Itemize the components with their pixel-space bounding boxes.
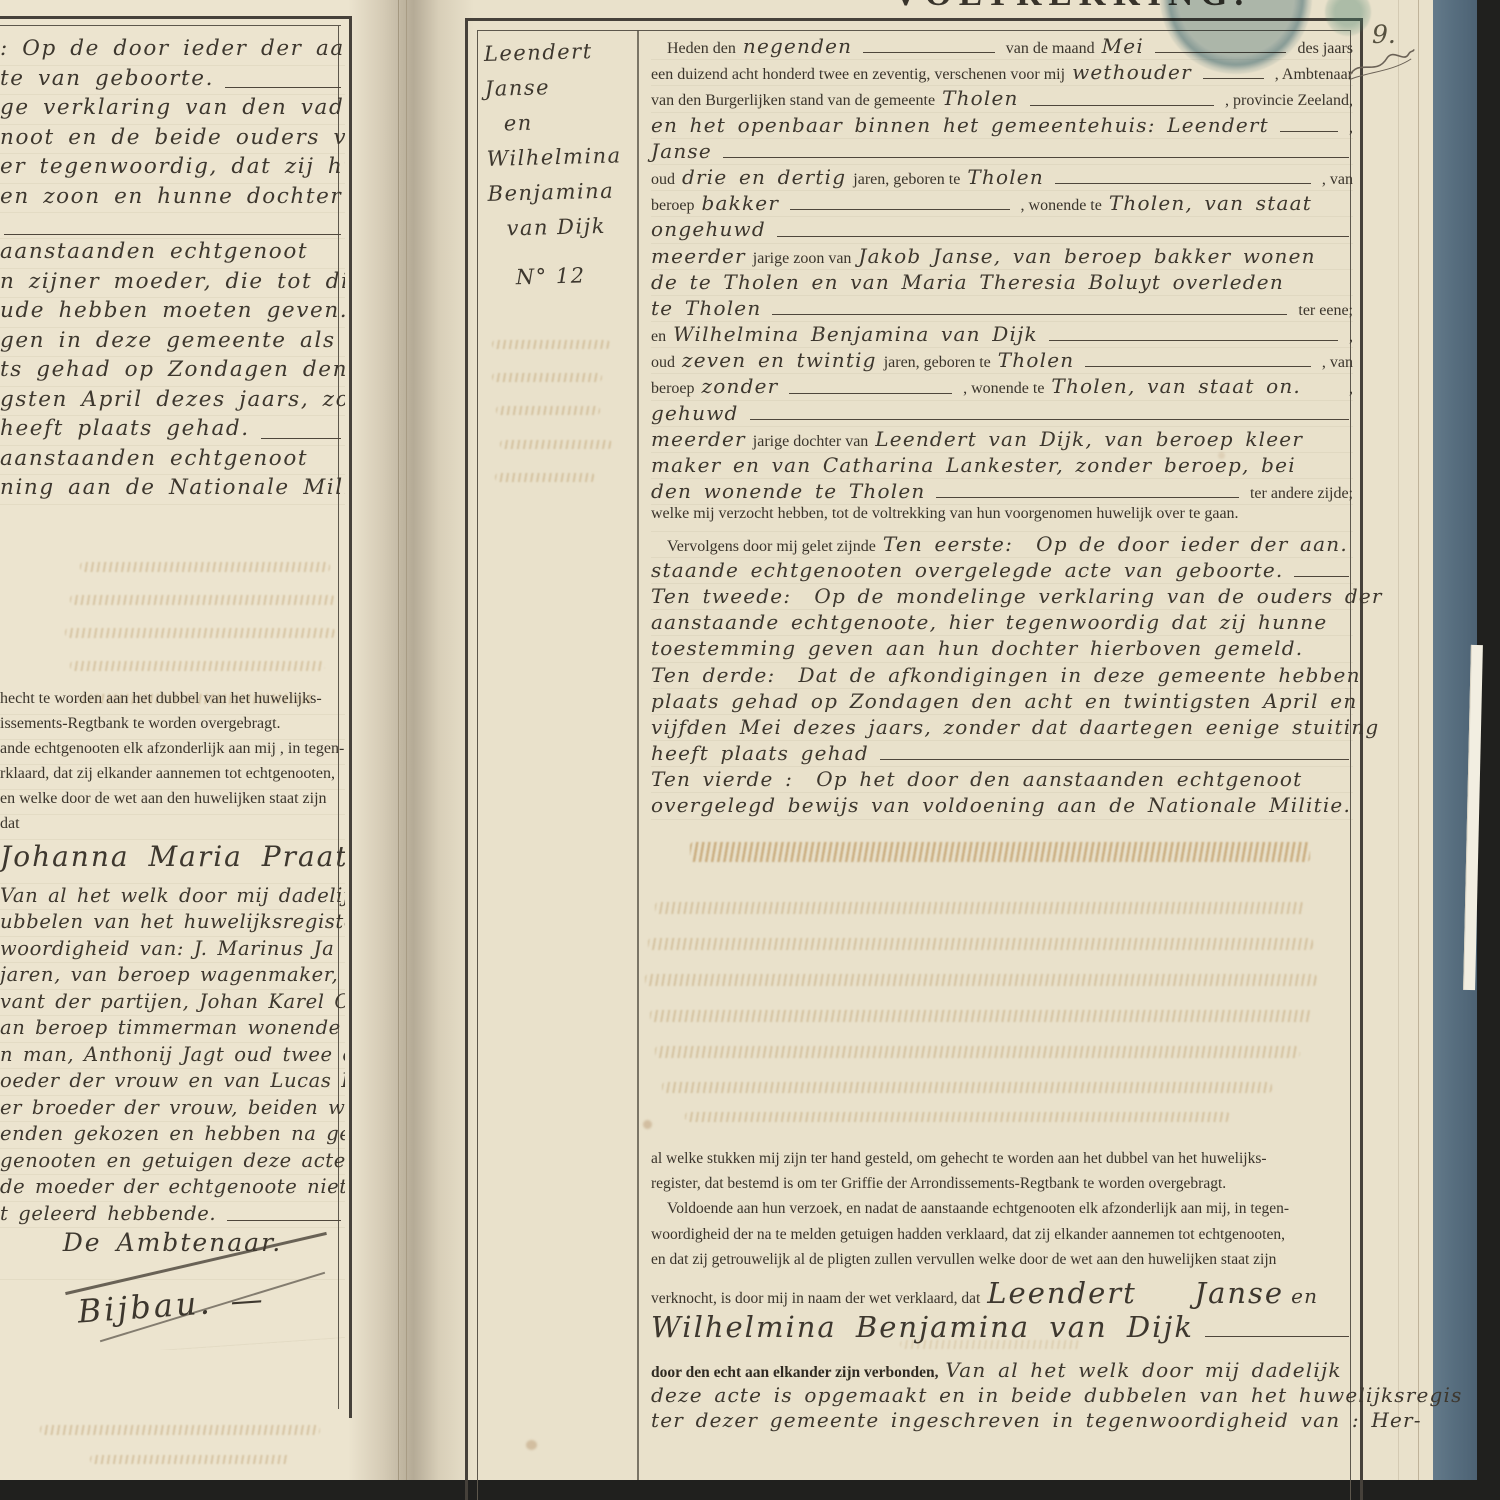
text-segment: jarige dochter van	[753, 433, 869, 451]
bleedthrough-line	[655, 902, 1305, 914]
text-segment: enden gekozen en hebben na gedane voor	[0, 1122, 345, 1145]
text-segment: overgelegd bewijs van voldoening aan de …	[651, 793, 1351, 817]
text-line: al welke stukken mij zijn ter hand geste…	[651, 1150, 1353, 1175]
text-line: register, dat bestemd is om ter Griffie …	[651, 1175, 1353, 1200]
text-line: heeft plaats gehad.	[0, 416, 345, 446]
text-segment: wethouder	[1072, 60, 1192, 84]
text-line: vijfden Mei dezes jaars, zonder dat daar…	[651, 715, 1353, 741]
text-line: enWilhelmina Benjamina van Dijk,	[651, 322, 1353, 348]
ruled-blank	[1030, 105, 1214, 106]
text-line: ning aan de Nationale Militie.	[0, 475, 345, 505]
text-line: woordigheid van: J. Marinus Ja	[0, 937, 345, 964]
text-line: en	[485, 108, 632, 147]
text-line: en het openbaar binnen het gemeentehuis:…	[651, 113, 1353, 139]
text-segment: Mei	[1102, 34, 1144, 58]
text-line: ts gehad op Zondagen den een	[0, 357, 345, 387]
text-segment: de moeder der echtgenoote niet te	[0, 1175, 345, 1198]
bride-name: Benjamina	[487, 178, 634, 217]
bride-witness-name: Johanna Maria Praat	[0, 840, 345, 884]
text-line: en welke door de wet aan den huwelijken …	[0, 790, 345, 815]
text-segment: Wilhelmina	[486, 143, 622, 171]
text-line: verknocht, is door mij in naam der wet v…	[651, 1276, 1353, 1310]
text-line: hecht te worden aan het dubbel van het h…	[0, 690, 345, 715]
registrar-signature: Bijbau. —	[0, 1274, 345, 1350]
text-segment: van den Burgerlijken stand van de gemeen…	[651, 92, 935, 110]
text-segment: toestemming geven aan hun dochter hierbo…	[651, 636, 1303, 660]
text-segment: vant der partijen, Johan Karel Corne	[0, 990, 345, 1013]
text-segment: Ten vierde : Op het door den aanstaanden…	[651, 767, 1302, 791]
text-segment: ts gehad op Zondagen den een	[0, 357, 345, 382]
text-segment: jaren, geboren te	[884, 354, 991, 372]
text-segment: heeft plaats gehad	[651, 741, 869, 765]
text-line: t geleerd hebbende.	[0, 1202, 345, 1229]
text-segment: an beroep timmerman wonende te	[0, 1016, 345, 1039]
bride-name: Wilhelmina	[486, 143, 633, 182]
text-segment: Ten derde: Dat de afkondigingen in deze …	[651, 663, 1361, 687]
ruled-blank	[863, 52, 995, 53]
text-line: n zijner moeder, die tot dit	[0, 269, 345, 299]
text-segment: Tholen	[998, 348, 1075, 372]
text-segment: N° 12	[515, 263, 585, 289]
text-line: Ten vierde : Op het door den aanstaanden…	[651, 767, 1353, 793]
text-segment: jaren, geboren te	[853, 171, 960, 189]
text-segment: Janse	[651, 139, 712, 163]
text-segment: meerder	[651, 244, 746, 268]
text-segment: Tholen, van staat	[1109, 191, 1312, 215]
bleedthrough-line	[40, 1425, 320, 1435]
page-edge-line	[1418, 0, 1419, 1480]
act-footer: al welke stukken mij zijn ter hand geste…	[651, 1150, 1353, 1434]
text-segment: woordigheid der na te melden getuigen ha…	[651, 1226, 1285, 1244]
text-line: ouddrie en dertigjaren, geboren teTholen…	[651, 165, 1353, 191]
left-page-frame	[0, 16, 352, 19]
bleedthrough-line	[650, 1010, 1312, 1022]
text-segment: , wonende te	[963, 380, 1044, 398]
text-line: Ten tweede: Op de mondelinge verklaring …	[651, 584, 1353, 610]
bleedthrough-line	[648, 938, 1313, 950]
text-line: aanstaande echtgenoote, hier tegenwoordi…	[651, 610, 1353, 636]
act-number: N° 12	[489, 262, 636, 301]
text-segment: , Ambtenaar	[1275, 66, 1353, 84]
text-segment: zonder	[702, 374, 779, 398]
bleedthrough-line	[690, 842, 1310, 862]
text-segment: ge verklaring van den vader	[0, 95, 345, 120]
text-line: overgelegd bewijs van voldoening aan de …	[651, 793, 1353, 819]
ruled-blank	[772, 314, 1287, 315]
text-line: ongehuwd	[651, 217, 1353, 243]
text-segment: bakker	[702, 191, 780, 215]
text-segment: ande echtgenooten elk afzonderlijk aan m…	[0, 740, 344, 758]
text-segment: er tegenwoordig, dat zij hun	[0, 154, 345, 179]
text-line: de moeder der echtgenoote niet te	[0, 1175, 345, 1202]
text-line: beroepbakker, wonende teTholen, van staa…	[651, 191, 1353, 217]
text-segment: en het openbaar binnen het gemeentehuis:…	[651, 113, 1269, 137]
text-segment: t geleerd hebbende.	[0, 1202, 216, 1225]
text-line	[0, 223, 345, 239]
text-segment: te Tholen	[651, 296, 761, 320]
text-line: ter dezer gemeente ingeschreven in tegen…	[651, 1408, 1353, 1433]
text-segment: jaren, van beroep wagenmaker, wo-	[0, 963, 345, 986]
text-segment: deze acte is opgemaakt en in beide dubbe…	[651, 1383, 1463, 1407]
text-segment: en	[503, 111, 533, 136]
text-segment: , van	[1322, 171, 1353, 189]
ruled-blank	[1294, 576, 1349, 577]
act-margin-names: LeendertJanseenWilhelminaBenjaminavan Di…	[484, 38, 637, 301]
text-segment: , provincie Zeeland,	[1225, 92, 1353, 110]
text-segment: meerder	[651, 427, 746, 451]
binding-crease	[398, 0, 399, 1482]
text-segment: welke mij verzocht hebben, tot de voltre…	[651, 505, 1239, 523]
text-segment: Vervolgens door mij gelet zijnde	[667, 538, 876, 556]
text-segment: gehuwd	[651, 401, 739, 425]
act-body: Heden dennegendenvan de maandMeides jaar…	[651, 34, 1353, 820]
text-line: vant der partijen, Johan Karel Corne	[0, 990, 345, 1017]
text-segment: issements-Regtbank te worden overgebragt…	[0, 715, 281, 733]
text-segment: en	[651, 328, 666, 346]
text-line: door den echt aan elkander zijn verbonde…	[651, 1358, 1353, 1383]
text-line: issements-Regtbank te worden overgebragt…	[0, 715, 345, 740]
text-line: deze acte is opgemaakt en in beide dubbe…	[651, 1383, 1353, 1408]
bleedthrough-line	[645, 974, 1317, 986]
groom-name: Janse	[485, 73, 632, 112]
text-line: toestemming geven aan hun dochter hierbo…	[651, 636, 1353, 662]
text-segment: rklaard, dat zij elkander aannemen tot e…	[0, 765, 335, 783]
text-line: dat	[0, 815, 345, 840]
text-segment: Heden den	[667, 40, 736, 58]
text-segment: ,	[1349, 328, 1353, 346]
text-line: en zoon en hunne dochter	[0, 184, 345, 214]
bride-name: van Dijk	[488, 213, 635, 252]
ruled-blank	[777, 236, 1349, 237]
text-segment: van de maand	[1006, 40, 1095, 58]
text-line: de te Tholen en van Maria Theresia Boluy…	[651, 270, 1353, 296]
text-line: den wonende te Tholenter andere zijde;	[651, 479, 1353, 505]
text-segment: Ten eerste: Op de door ieder der aan.	[883, 532, 1348, 556]
text-segment: al welke stukken mij zijn ter hand geste…	[651, 1150, 1267, 1168]
text-segment: Benjamina	[487, 179, 614, 206]
ruled-blank	[1049, 340, 1338, 341]
text-line: gehuwd	[651, 401, 1353, 427]
ruled-blank	[1280, 131, 1338, 132]
ruled-blank	[750, 419, 1349, 420]
ruled-blank	[225, 87, 341, 88]
text-segment: te van geboorte.	[0, 66, 214, 91]
groom-name: Leendert	[484, 38, 631, 77]
text-segment: ter dezer gemeente ingeschreven in tegen…	[651, 1408, 1422, 1432]
text-segment: hecht te worden aan het dubbel van het h…	[0, 690, 322, 708]
text-segment: beroep	[651, 380, 695, 398]
text-segment: een duizend acht honderd twee en zeventi…	[651, 66, 1065, 84]
text-segment: aanstaande echtgenoote, hier tegenwoordi…	[651, 610, 1327, 634]
text-line: n man, Anthonij Jagt oud twee en dertig	[0, 1043, 345, 1070]
text-segment: den wonende te Tholen	[651, 479, 925, 503]
text-line: oeder der vrouw en van Lucas Praat oud	[0, 1069, 345, 1096]
bleedthrough-line	[662, 1082, 1272, 1093]
text-segment: ,	[1349, 119, 1353, 137]
text-line: woordigheid der na te melden getuigen ha…	[651, 1226, 1353, 1251]
text-line: genooten en getuigen deze acte met mij	[0, 1149, 345, 1176]
left-page-frame	[0, 25, 341, 26]
bleedthrough-line	[90, 1455, 290, 1464]
text-line: plaats gehad op Zondagen den acht en twi…	[651, 689, 1353, 715]
margin-divider	[637, 30, 639, 1480]
bleedthrough-line	[655, 1046, 1300, 1058]
text-segment: drie en dertig	[682, 165, 846, 189]
left-page-frame	[349, 16, 352, 1418]
ruled-blank	[1205, 1336, 1349, 1337]
text-line: Janse	[651, 139, 1353, 165]
text-segment: de te Tholen en van Maria Theresia Boluy…	[651, 270, 1284, 294]
text-line: Ten derde: Dat de afkondigingen in deze …	[651, 663, 1353, 689]
text-segment: oud	[651, 354, 675, 372]
text-segment: Janse	[485, 75, 551, 101]
text-segment: zeven en twintig	[682, 348, 877, 372]
ruled-blank	[790, 209, 1009, 210]
text-line: Voldoende aan hun verzoek, en nadat de a…	[651, 1200, 1353, 1225]
text-segment: en zoon en hunne dochter	[0, 184, 342, 209]
text-segment: vijfden Mei dezes jaars, zonder dat daar…	[651, 715, 1379, 739]
text-line: meerderjarige zoon vanJakob Janse, van b…	[651, 244, 1353, 270]
text-line: an beroep timmerman wonende te	[0, 1016, 345, 1043]
foxing-spot	[643, 1120, 652, 1129]
text-line: heeft plaats gehad	[651, 741, 1353, 767]
text-line: gen in deze gemeente als ook	[0, 328, 345, 358]
text-segment: Leendert van Dijk, van beroep kleer	[875, 427, 1303, 451]
text-segment: gen in deze gemeente als ook	[0, 328, 345, 353]
ruled-blank	[1055, 183, 1311, 184]
bleedthrough-line	[685, 1112, 1230, 1122]
text-segment: Bijbau. —	[76, 1280, 266, 1331]
scanned-marriage-register: { "colors": { "paper": "#e9e1cb", "ink":…	[0, 0, 1500, 1500]
text-segment: ter eene;	[1298, 302, 1353, 320]
text-line: noot en de beide ouders van	[0, 125, 345, 155]
ambtenaar-label: De Ambtenaar.	[0, 1228, 345, 1280]
text-segment: Wilhelmina Benjamina van Dijk	[673, 322, 1038, 346]
bleedthrough-line	[496, 406, 600, 415]
text-segment: n zijner moeder, die tot dit	[0, 269, 345, 294]
text-line: rklaard, dat zij elkander aannemen tot e…	[0, 765, 345, 790]
ruled-blank	[723, 157, 1349, 158]
text-segment: en welke door de wet aan den huwelijken …	[0, 790, 327, 808]
text-segment: Ten tweede: Op de mondelinge verklaring …	[651, 584, 1383, 608]
left-page-text: : Op de door ieder der aanstaante van ge…	[0, 36, 345, 1350]
text-line: ge verklaring van den vader	[0, 95, 345, 125]
binding-crease	[406, 0, 407, 1482]
text-line: : Op de door ieder der aanstaan	[0, 36, 345, 66]
text-segment: Leendert Janse	[987, 1276, 1284, 1310]
ruled-blank	[936, 497, 1239, 498]
text-segment: Johanna Maria Praat	[0, 840, 345, 873]
text-segment: maker en van Catharina Lankester, zonder…	[651, 453, 1296, 477]
text-segment: dat	[0, 815, 20, 833]
text-segment: jarige zoon van	[753, 250, 852, 268]
text-segment: oeder der vrouw en van Lucas Praat oud	[0, 1069, 345, 1092]
text-segment: ude hebben moeten geven.	[0, 298, 345, 323]
text-segment: aanstaanden echtgenoot	[0, 446, 308, 471]
text-segment: Jakob Janse, van beroep bakker wonen	[858, 244, 1315, 268]
ruled-blank	[1203, 78, 1264, 79]
text-line: enden gekozen en hebben na gedane voor	[0, 1122, 345, 1149]
text-line: welke mij verzocht hebben, tot de voltre…	[651, 505, 1353, 531]
text-segment: en	[1291, 1284, 1318, 1308]
text-line: beroepzonder, wonende teTholen, van staa…	[651, 374, 1353, 400]
bleedthrough-line	[500, 440, 612, 449]
text-line: er broeder der vrouw, beiden wonende te	[0, 1096, 345, 1123]
text-segment: ongehuwd	[651, 217, 766, 241]
bleedthrough-line	[495, 473, 595, 482]
text-line: ubbelen van het huwelijksregister	[0, 910, 345, 937]
text-line: maker en van Catharina Lankester, zonder…	[651, 453, 1353, 479]
bleedthrough-line	[492, 340, 610, 349]
text-segment: plaats gehad op Zondagen den acht en twi…	[651, 689, 1357, 713]
text-segment: Tholen, van staat on.	[1051, 374, 1301, 398]
text-segment: er broeder der vrouw, beiden wonende te	[0, 1096, 345, 1119]
text-segment: Wilhelmina Benjamina van Dijk	[651, 1310, 1194, 1344]
ruled-blank	[4, 234, 341, 235]
text-segment: register, dat bestemd is om ter Griffie …	[651, 1175, 1226, 1193]
text-line: meerderjarige dochter vanLeendert van Di…	[651, 427, 1353, 453]
text-line: aanstaanden echtgenoot	[0, 239, 345, 269]
text-segment: gsten April dezes jaars, zonder	[0, 387, 345, 412]
pencil-page-number: 9.	[1372, 20, 1396, 49]
ruled-blank	[789, 393, 952, 394]
ruled-blank	[880, 759, 1349, 760]
text-line: ande echtgenooten elk afzonderlijk aan m…	[0, 740, 345, 765]
text-segment: genooten en getuigen deze acte met mij	[0, 1149, 345, 1172]
text-segment: staande echtgenooten overgelegde acte va…	[651, 558, 1283, 582]
text-line: en dat zij getrouwelijk al de pligten zu…	[651, 1251, 1353, 1276]
text-segment: oud	[651, 171, 675, 189]
text-line: gsten April dezes jaars, zonder	[0, 387, 345, 417]
text-line: oudzeven en twintigjaren, geboren teThol…	[651, 348, 1353, 374]
foxing-spot	[526, 1440, 537, 1450]
text-line: staande echtgenooten overgelegde acte va…	[651, 558, 1353, 584]
text-segment: Voldoende aan hun verzoek, en nadat de a…	[667, 1200, 1289, 1218]
text-segment: ubbelen van het huwelijksregister	[0, 910, 345, 933]
ruled-blank	[227, 1220, 341, 1221]
page-edge-line	[1398, 0, 1399, 1480]
text-line: te Tholenter eene;	[651, 296, 1353, 322]
text-segment: aanstaanden echtgenoot	[0, 239, 308, 264]
text-segment: ning aan de Nationale Militie.	[0, 475, 345, 500]
text-segment: verknocht, is door mij in naam der wet v…	[651, 1290, 980, 1308]
text-segment: : Op de door ieder der aanstaan	[0, 36, 345, 61]
bride-name-vow: Wilhelmina Benjamina van Dijk	[651, 1310, 1353, 1344]
text-segment: Tholen	[942, 86, 1019, 110]
text-segment: Van al het welk door mij dadelijk	[0, 884, 345, 907]
text-line: aanstaanden echtgenoot	[0, 446, 345, 476]
text-line: Vervolgens door mij gelet zijndeTen eers…	[651, 532, 1353, 558]
ruled-blank	[1085, 366, 1311, 367]
text-segment: en dat zij getrouwelijk al de pligten zu…	[651, 1251, 1276, 1269]
text-segment: Van al het welk door mij dadelijk	[946, 1358, 1342, 1382]
text-segment: noot en de beide ouders van	[0, 125, 345, 150]
bleedthrough-line	[492, 373, 602, 382]
text-line: ude hebben moeten geven.	[0, 298, 345, 328]
text-line: te van geboorte.	[0, 66, 345, 96]
text-segment: Tholen	[967, 165, 1044, 189]
text-line: er tegenwoordig, dat zij hun	[0, 154, 345, 184]
text-segment: beroep	[651, 197, 695, 215]
text-line: Van al het welk door mij dadelijk	[0, 884, 345, 911]
text-segment: ter andere zijde;	[1250, 485, 1353, 503]
text-segment: door den echt aan elkander zijn verbonde…	[651, 1364, 939, 1382]
text-segment: , van	[1322, 354, 1353, 372]
text-segment: woordigheid van: J. Marinus Ja	[0, 937, 334, 960]
text-segment: van Dijk	[506, 214, 606, 241]
text-segment: negenden	[743, 34, 852, 58]
text-line: jaren, van beroep wagenmaker, wo-	[0, 963, 345, 990]
text-segment: , wonende te	[1021, 197, 1102, 215]
text-segment: n man, Anthonij Jagt oud twee en dertig	[0, 1043, 345, 1066]
text-segment: heeft plaats gehad.	[0, 416, 250, 441]
text-segment: ,	[1349, 380, 1353, 398]
text-segment: Leendert	[484, 39, 593, 66]
ruled-blank	[261, 438, 341, 439]
binding-gutter	[348, 0, 474, 1482]
text-line: van den Burgerlijken stand van de gemeen…	[651, 86, 1353, 112]
text-line	[0, 505, 345, 690]
